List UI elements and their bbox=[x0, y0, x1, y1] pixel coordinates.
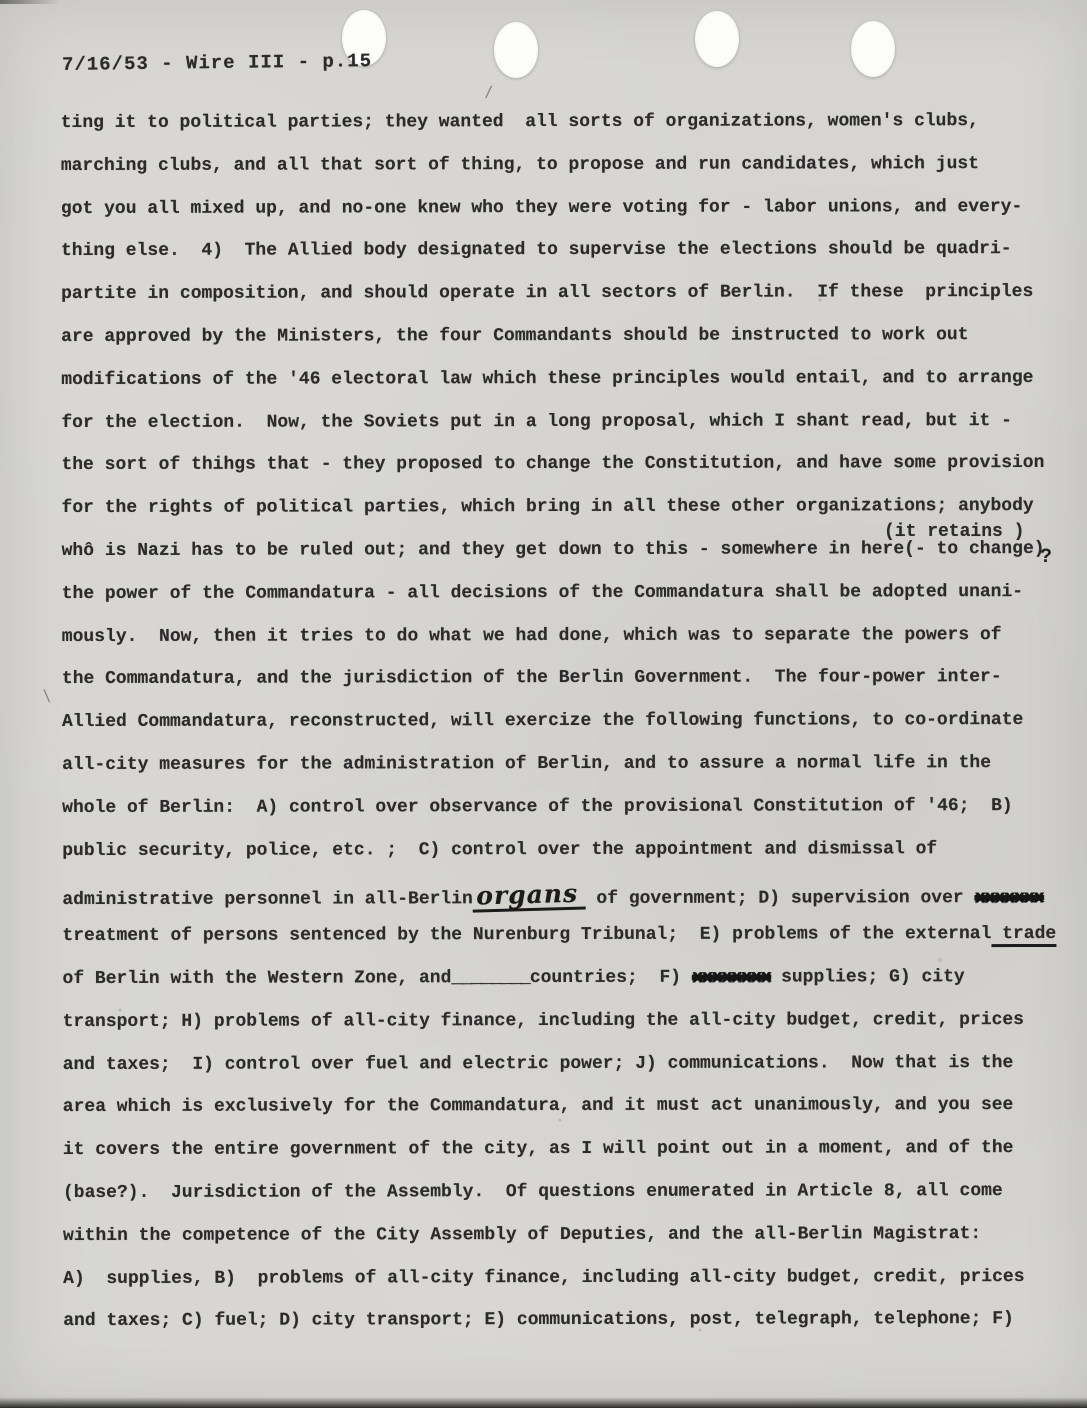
text-line: it covers the entire government of the c… bbox=[63, 1138, 1057, 1183]
text-segment: for the election. Now, the Soviets put i… bbox=[61, 411, 1012, 433]
document-page: { "page": { "header": "7/16/53 - Wire II… bbox=[0, 0, 1087, 1408]
text-line: thing else. 4) The Allied body designate… bbox=[61, 239, 1055, 284]
text-segment: the Commandatura, and the jurisdiction o… bbox=[62, 667, 1002, 689]
text-line: administrative personnel in all-Berlinor… bbox=[62, 881, 1056, 926]
page-header: 7/16/53 - Wire III - p.15 bbox=[62, 50, 372, 76]
text-line: and taxes; I) control over fuel and elec… bbox=[63, 1052, 1057, 1097]
handwritten-word: organs bbox=[472, 881, 586, 913]
text-line: transport; H) problems of all-city finan… bbox=[63, 1010, 1057, 1055]
text-segment: and taxes; I) control over fuel and elec… bbox=[63, 1053, 1014, 1075]
text-segment: all-city measures for the administration… bbox=[62, 753, 991, 775]
text-segment: of government; D) supervision over bbox=[586, 888, 975, 909]
text-segment: public security, police, etc. ; C) contr… bbox=[62, 839, 937, 861]
underlined-word: trade bbox=[991, 924, 1056, 947]
text-segment: are approved by the Ministers, the four … bbox=[61, 325, 968, 347]
text-segment: whole of Berlin: A) control over observa… bbox=[62, 796, 1013, 818]
text-segment: supplies; G) city bbox=[770, 967, 964, 987]
text-segment: whô is Nazi has to be ruled out; and the… bbox=[62, 539, 1045, 561]
text-segment: within the competence of the City Assemb… bbox=[63, 1224, 981, 1246]
text-line: all-city measures for the administration… bbox=[62, 753, 1056, 798]
text-line: and taxes; C) fuel; D) city transport; E… bbox=[63, 1309, 1057, 1354]
text-segment: it covers the entire government of the c… bbox=[63, 1138, 1014, 1160]
text-segment: A) supplies, B) problems of all-city fin… bbox=[63, 1267, 1024, 1289]
text-line: within the competence of the City Assemb… bbox=[63, 1224, 1057, 1269]
document-body: ting it to political parties; they wante… bbox=[61, 111, 1057, 1354]
pencil-slash-mark: / bbox=[485, 82, 493, 102]
punch-hole-3 bbox=[695, 11, 739, 67]
text-segment: for the rights of political parties, whi… bbox=[62, 496, 1034, 518]
text-line: are approved by the Ministers, the four … bbox=[61, 325, 1055, 370]
text-line: whole of Berlin: A) control over observa… bbox=[62, 796, 1056, 841]
text-segment: the power of the Commandatura - all deci… bbox=[62, 582, 1023, 604]
text-segment: the sort of thihgs that - they proposed … bbox=[61, 453, 1044, 475]
margin-question-mark: ? bbox=[1040, 546, 1052, 569]
text-segment: mously. Now, then it tries to do what we… bbox=[62, 625, 1002, 647]
text-line: A) supplies, B) problems of all-city fin… bbox=[63, 1266, 1057, 1311]
text-segment: countries; F) bbox=[530, 968, 692, 988]
text-line: whô is Nazi has to be ruled out; and the… bbox=[62, 539, 1056, 584]
text-segment: modifications of the '46 electoral law w… bbox=[61, 368, 1033, 390]
text-segment: administrative personnel in all-Berlin bbox=[62, 890, 473, 911]
blank-underline: ________ bbox=[451, 968, 529, 988]
text-segment: (base?). Jurisdiction of the Assembly. O… bbox=[63, 1181, 1003, 1203]
scan-edge-bottom bbox=[0, 1397, 1087, 1408]
pencil-backslash-mark: \ bbox=[43, 686, 50, 705]
text-line: the power of the Commandatura - all deci… bbox=[62, 582, 1056, 627]
text-line: of Berlin with the Western Zone, and____… bbox=[62, 967, 1056, 1012]
text-segment: transport; H) problems of all-city finan… bbox=[63, 1010, 1024, 1032]
text-line: area which is exclusively for the Comman… bbox=[63, 1095, 1057, 1140]
text-line: ting it to political parties; they wante… bbox=[61, 111, 1055, 156]
punch-hole-2 bbox=[494, 22, 538, 78]
struck-out-word: xxxxxxxx bbox=[692, 967, 770, 987]
text-segment: partite in composition, and should opera… bbox=[61, 282, 1033, 304]
text-line: got you all mixed up, and no-one knew wh… bbox=[61, 197, 1055, 242]
text-segment: and taxes; C) fuel; D) city transport; E… bbox=[63, 1309, 1014, 1331]
punch-hole-4 bbox=[851, 21, 895, 77]
text-line: modifications of the '46 electoral law w… bbox=[61, 368, 1055, 413]
text-line: partite in composition, and should opera… bbox=[61, 282, 1055, 327]
text-segment: ting it to political parties; they wante… bbox=[61, 111, 979, 133]
text-line: marching clubs, and all that sort of thi… bbox=[61, 154, 1055, 199]
text-line: public security, police, etc. ; C) contr… bbox=[62, 839, 1056, 884]
text-segment: Allied Commandatura, reconstructed, will… bbox=[62, 710, 1023, 732]
text-line: (base?). Jurisdiction of the Assembly. O… bbox=[63, 1181, 1057, 1226]
text-segment: of Berlin with the Western Zone, and bbox=[62, 968, 451, 989]
text-segment: area which is exclusively for the Comman… bbox=[63, 1095, 1014, 1117]
text-segment: got you all mixed up, and no-one knew wh… bbox=[61, 197, 1022, 219]
text-line: for the election. Now, the Soviets put i… bbox=[61, 411, 1055, 456]
text-segment: treatment of persons sentenced by the Nu… bbox=[62, 924, 991, 946]
text-line: treatment of persons sentenced by the Nu… bbox=[62, 924, 1056, 969]
text-line: Allied Commandatura, reconstructed, will… bbox=[62, 710, 1056, 755]
text-line: the Commandatura, and the jurisdiction o… bbox=[62, 667, 1056, 712]
text-segment: marching clubs, and all that sort of thi… bbox=[61, 154, 979, 176]
text-line: mously. Now, then it tries to do what we… bbox=[62, 625, 1056, 670]
scan-edge-top-left bbox=[0, 0, 60, 4]
text-segment: thing else. 4) The Allied body designate… bbox=[61, 239, 1012, 261]
struck-out-word: xxxxxxx bbox=[974, 888, 1043, 908]
typed-insertion-note: (it retains ) bbox=[884, 522, 1024, 542]
text-line: the sort of thihgs that - they proposed … bbox=[61, 453, 1055, 498]
